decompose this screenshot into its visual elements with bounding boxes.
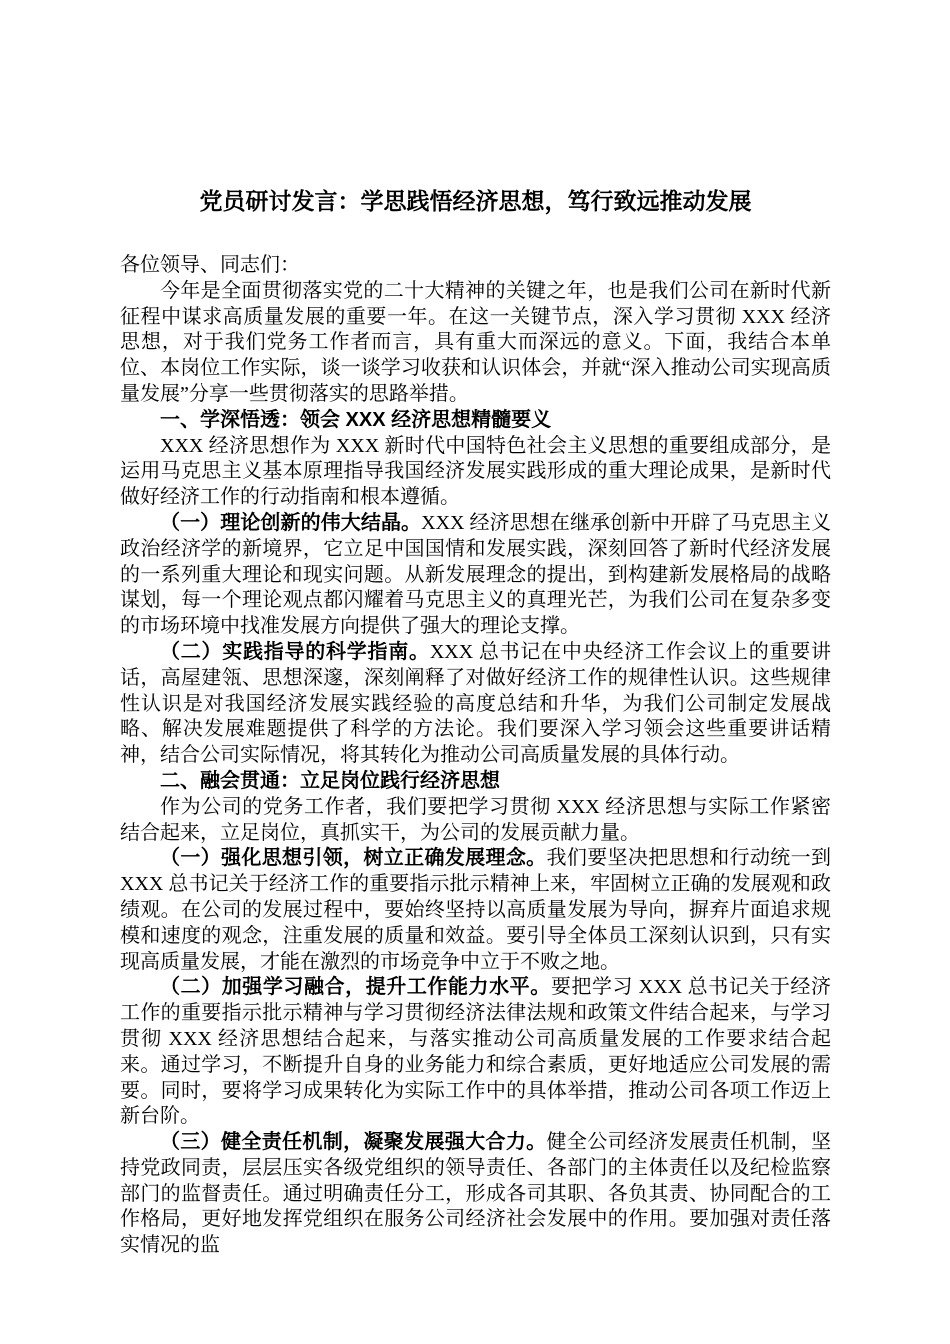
paragraph-section1-point1: （一）理论创新的伟大结晶。XXX 经济思想在继承创新中开辟了马克思主义政治经济学… — [120, 511, 831, 640]
salutation: 各位领导、同志们： — [120, 253, 831, 279]
paragraph-section2-point2: （二）加强学习融合，提升工作能力水平。要把学习 XXX 总书记关于经济工作的重要… — [120, 975, 831, 1130]
paragraph-section1-overview: XXX 经济思想作为 XXX 新时代中国特色社会主义思想的重要组成部分，是运用马… — [120, 434, 831, 511]
paragraph-intro: 今年是全面贯彻落实党的二十大精神的关键之年，也是我们公司在新时代新征程中谋求高质… — [120, 279, 831, 408]
paragraph-section2-point1: （一）强化思想引领，树立正确发展理念。我们要坚决把思想和行动统一到 XXX 总书… — [120, 846, 831, 975]
paragraph-lead: （三）健全责任机制，凝聚发展强大合力。 — [160, 1131, 547, 1153]
paragraph-lead: （一）理论创新的伟大结晶。 — [160, 512, 421, 534]
paragraph-text: 要把学习 XXX 总书记关于经济工作的重要指示批示精神与学习贯彻经济法律法规和政… — [120, 976, 831, 1127]
paragraph-section2-overview: 作为公司的党务工作者，我们要把学习贯彻 XXX 经济思想与实际工作紧密结合起来，… — [120, 795, 831, 847]
paragraph-lead: （一）强化思想引领，树立正确发展理念。 — [160, 847, 547, 869]
paragraph-lead: （二）加强学习融合，提升工作能力水平。 — [160, 976, 551, 998]
document-title: 党员研讨发言：学思践悟经济思想，笃行致远推动发展 — [120, 186, 831, 216]
document-body: 党员研讨发言：学思践悟经济思想，笃行致远推动发展 各位领导、同志们： 今年是全面… — [120, 186, 831, 1259]
paragraph-lead: （二）实践指导的科学指南。 — [160, 641, 430, 663]
section-heading-1: 一、学深悟透：领会 XXX 经济思想精髓要义 — [120, 408, 831, 434]
document-page: 党员研讨发言：学思践悟经济思想，笃行致远推动发展 各位领导、同志们： 今年是全面… — [0, 0, 950, 1344]
paragraph-section2-point3: （三）健全责任机制，凝聚发展强大合力。健全公司经济发展责任机制，坚持党政同责，层… — [120, 1130, 831, 1259]
section-heading-2: 二、融会贯通：立足岗位践行经济思想 — [120, 769, 831, 795]
paragraph-section1-point2: （二）实践指导的科学指南。XXX 总书记在中央经济工作会议上的重要讲话，高屋建瓴… — [120, 640, 831, 769]
